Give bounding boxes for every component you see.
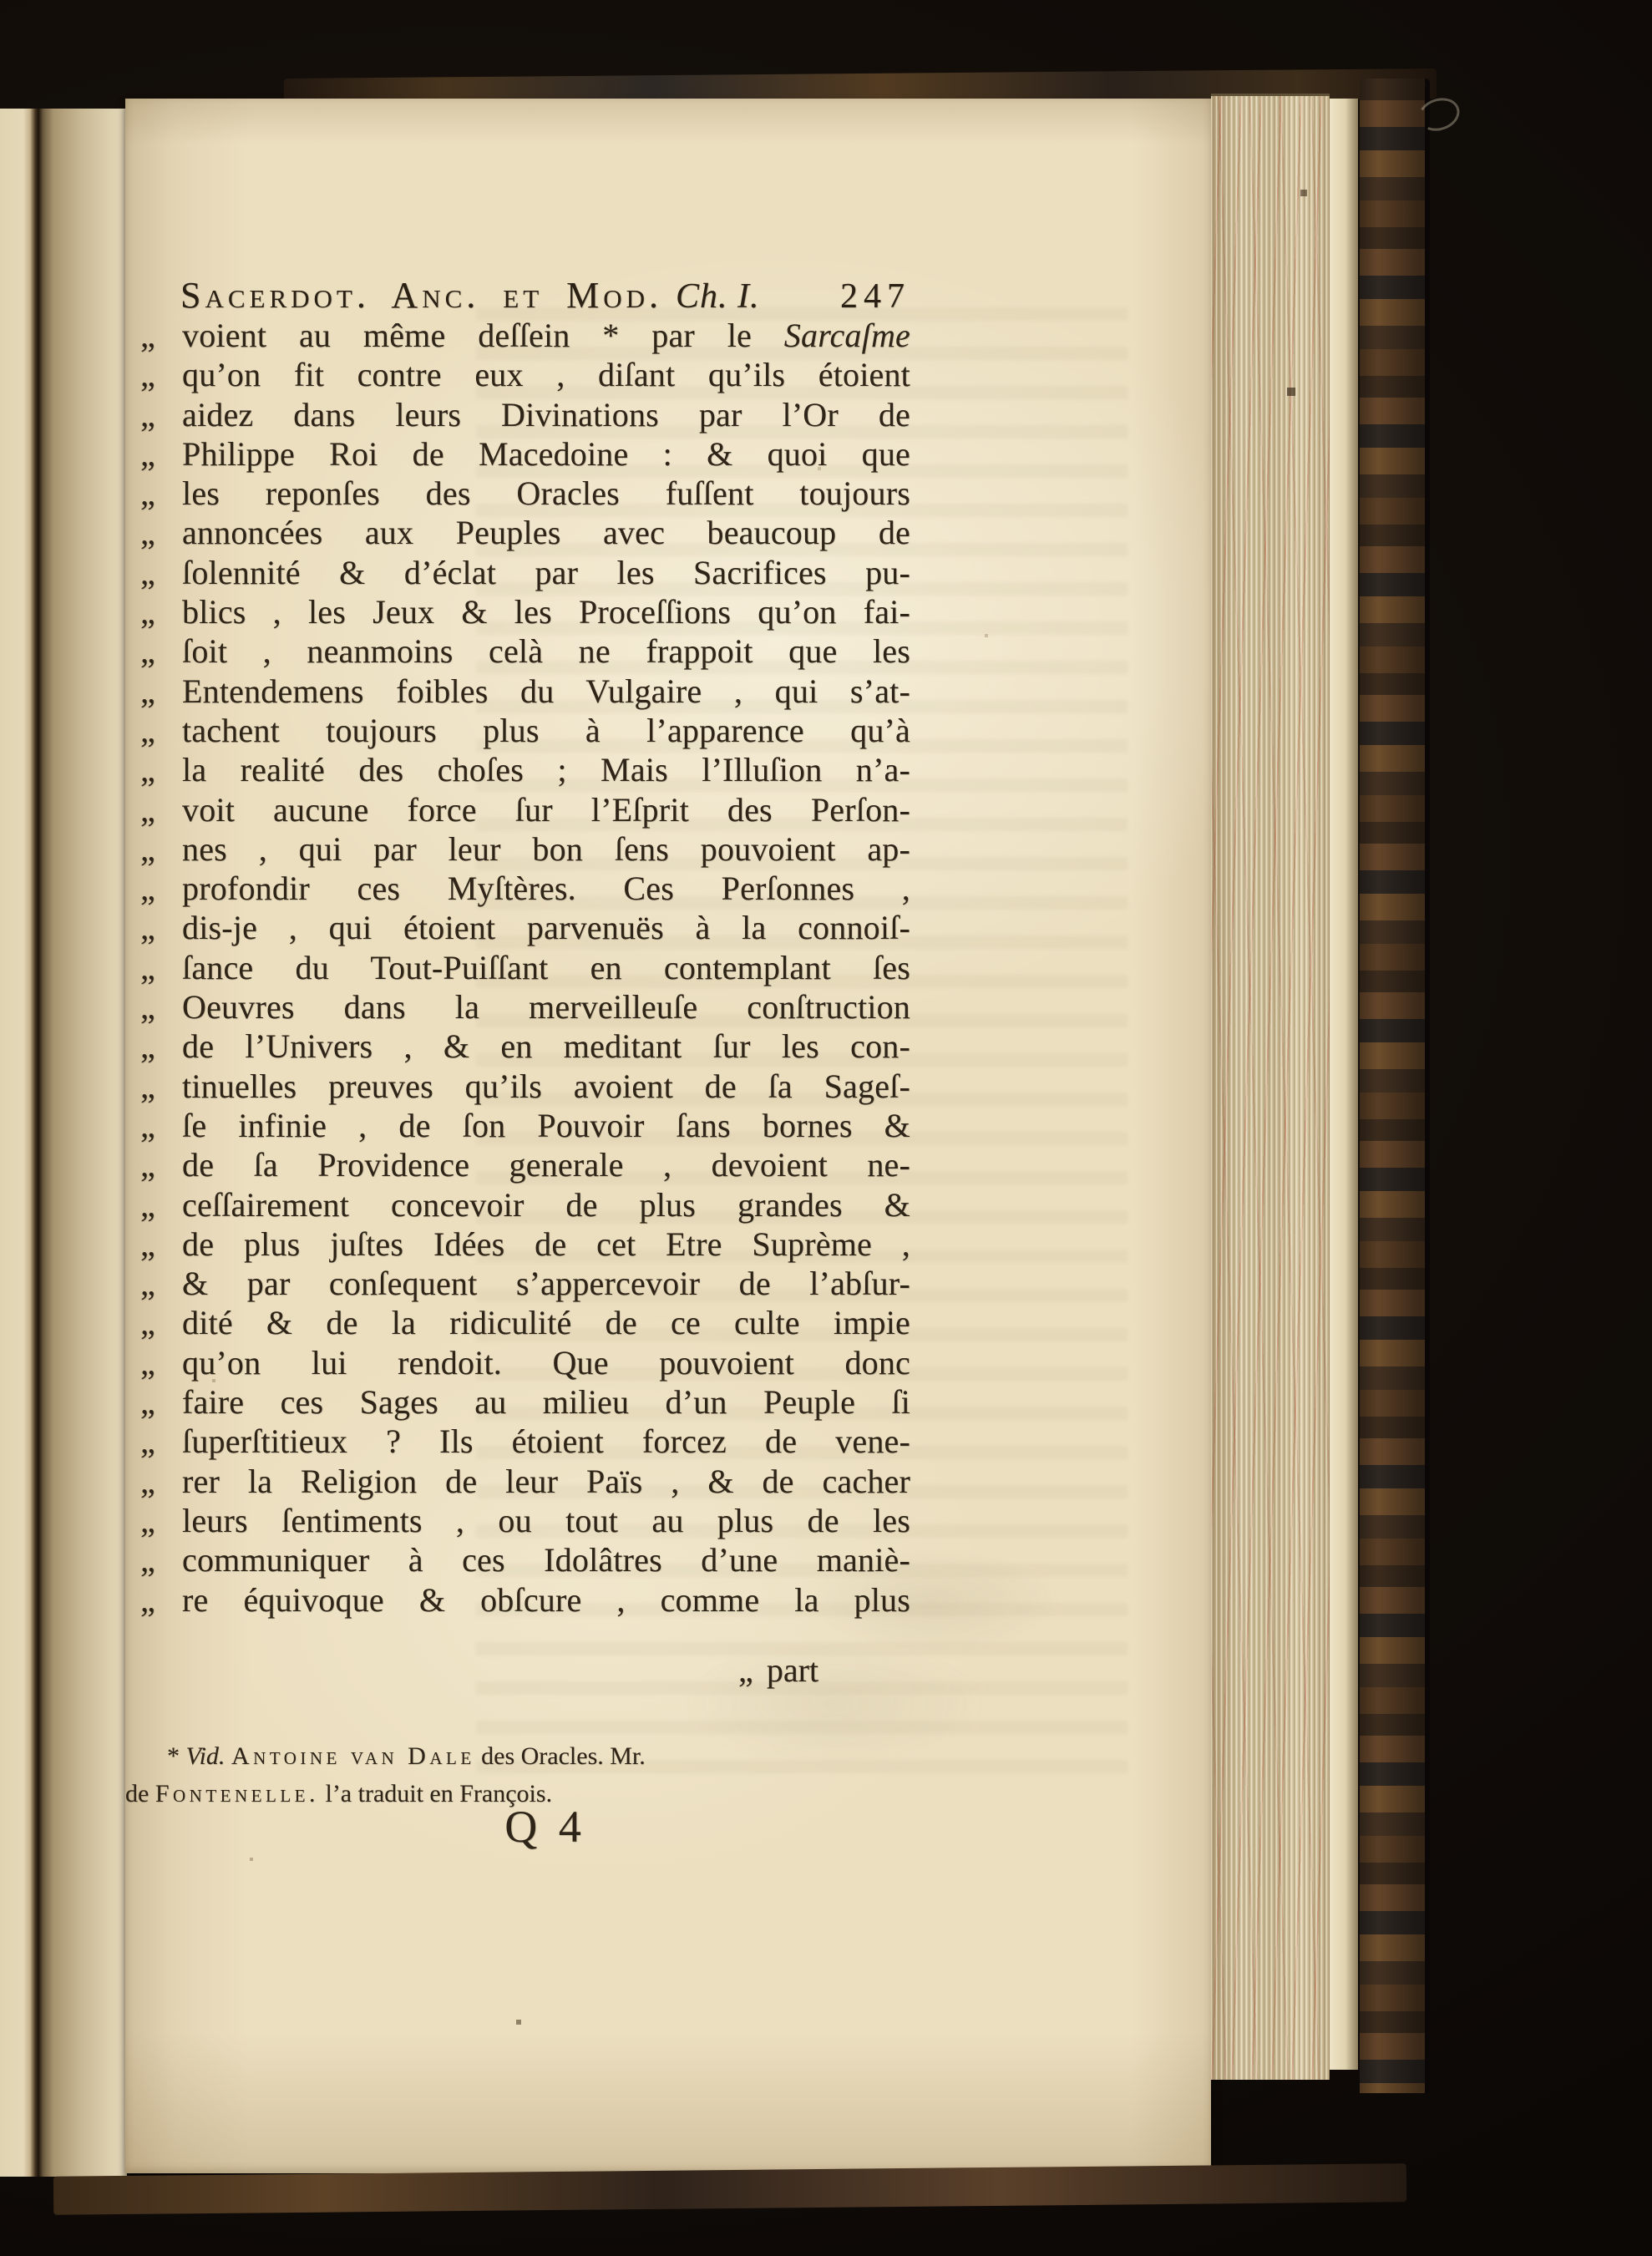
header-title: Sacerdot. Anc. et Mod. bbox=[180, 274, 662, 317]
quote-mark: „ bbox=[139, 1027, 182, 1066]
line-text: Oeuvres dans la merveilleuſe conſtructio… bbox=[182, 987, 910, 1027]
text-line: „Oeuvres dans la merveilleuſe conſtructi… bbox=[139, 987, 910, 1027]
quote-mark: „ bbox=[139, 513, 182, 552]
quote-mark: „ bbox=[139, 395, 182, 434]
book-page: Sacerdot. Anc. et Mod. Ch. I. 247 „voien… bbox=[125, 99, 1211, 2173]
quote-mark: „ bbox=[139, 1580, 182, 1620]
quote-mark: „ bbox=[139, 672, 182, 711]
catchword-quote-mark: „ bbox=[738, 1651, 753, 1689]
text-line: „leurs ſentiments , ou tout au plus de l… bbox=[139, 1501, 910, 1540]
page-number: 247 bbox=[840, 276, 910, 317]
text-line: „dité & de la ridiculité de ce culte imp… bbox=[139, 1303, 910, 1342]
line-text: qu’on fit contre eux , diſant qu’ils éto… bbox=[182, 355, 910, 394]
text-line: „ceſſairement concevoir de plus grandes … bbox=[139, 1185, 910, 1224]
text-line: „faire ces Sages au milieu d’un Peuple ſ… bbox=[139, 1382, 910, 1422]
quote-mark: „ bbox=[139, 1343, 182, 1382]
running-header: Sacerdot. Anc. et Mod. Ch. I. 247 bbox=[180, 274, 910, 316]
quote-mark: „ bbox=[139, 1145, 182, 1184]
quote-mark: „ bbox=[139, 1106, 182, 1145]
text-line: „ſuperſtitieux ? Ils étoient forcez de v… bbox=[139, 1422, 910, 1461]
text-line: „Philippe Roi de Macedoine : & quoi que bbox=[139, 434, 910, 474]
quote-mark: „ bbox=[139, 1501, 182, 1540]
text-line: „communiquer à ces Idolâtres d’une maniè… bbox=[139, 1540, 910, 1579]
line-text: qu’on lui rendoit. Que pouvoient donc bbox=[182, 1343, 910, 1382]
line-text: voient au même deſſein * par le Sarcaſme bbox=[182, 316, 910, 355]
line-text: re équivoque & obſcure , comme la plus bbox=[182, 1580, 910, 1620]
line-text: ſoit , neanmoins celà ne frappoit que le… bbox=[182, 631, 910, 671]
catchword-word: part bbox=[767, 1651, 818, 1689]
text-line: „de plus juſtes Idées de cet Etre Suprèm… bbox=[139, 1224, 910, 1264]
line-text: nes , qui par leur bon ſens pouvoient ap… bbox=[182, 829, 910, 869]
italic-text: Vid. bbox=[186, 1742, 226, 1770]
text-line: „voit aucune force ſur l’Eſprit des Perſ… bbox=[139, 790, 910, 829]
text-line: „tachent toujours plus à l’apparence qu’… bbox=[139, 711, 910, 750]
quote-mark: „ bbox=[139, 1303, 182, 1342]
line-text: ceſſairement concevoir de plus grandes & bbox=[182, 1185, 910, 1224]
quote-mark: „ bbox=[139, 1540, 182, 1579]
quote-mark: „ bbox=[139, 316, 182, 355]
line-text: dité & de la ridiculité de ce culte impi… bbox=[182, 1303, 910, 1342]
quote-mark: „ bbox=[139, 1224, 182, 1264]
line-text: rer la Religion de leur Païs , & de cach… bbox=[182, 1462, 910, 1501]
foxing-specks bbox=[0, 0, 2, 2]
quote-mark: „ bbox=[139, 592, 182, 631]
text-line: „qu’on fit contre eux , diſant qu’ils ét… bbox=[139, 355, 910, 394]
book-cover-edge bbox=[1360, 79, 1430, 2093]
line-text: les reponſes des Oracles fuſſent toujour… bbox=[182, 474, 910, 513]
quote-mark: „ bbox=[139, 1462, 182, 1501]
quote-mark: „ bbox=[139, 631, 182, 671]
quote-mark: „ bbox=[139, 869, 182, 908]
text-line: „de ſa Providence generale , devoient ne… bbox=[139, 1145, 910, 1184]
text-line: „ſe infinie , de ſon Pouvoir ſans bornes… bbox=[139, 1106, 910, 1145]
line-text: voit aucune force ſur l’Eſprit des Perſo… bbox=[182, 790, 910, 829]
text-line: „la realité des choſes ; Mais l’Illuſion… bbox=[139, 750, 910, 789]
text-line: „re équivoque & obſcure , comme la plus bbox=[139, 1580, 910, 1620]
line-text: & par conſequent s’appercevoir de l’abſu… bbox=[182, 1264, 910, 1303]
page-gutter-sliver bbox=[0, 109, 127, 2177]
line-text: blics , les Jeux & les Proceſſions qu’on… bbox=[182, 592, 910, 631]
line-text: ſe infinie , de ſon Pouvoir ſans bornes … bbox=[182, 1106, 910, 1145]
line-text: dis-je , qui étoient parvenuës à la conn… bbox=[182, 908, 910, 947]
text-line: „les reponſes des Oracles fuſſent toujou… bbox=[139, 474, 910, 513]
header-chapter: Ch. I. bbox=[676, 276, 760, 317]
quote-mark: „ bbox=[139, 474, 182, 513]
gathering-signature: Q 4 bbox=[180, 1801, 910, 1853]
line-text: ſuperſtitieux ? Ils étoient forcez de ve… bbox=[182, 1422, 910, 1461]
line-text: Entendemens foibles du Vulgaire , qui s’… bbox=[182, 672, 910, 711]
text-line: „voient au même deſſein * par le Sarcaſm… bbox=[139, 316, 910, 355]
line-text: profondir ces Myſtères. Ces Perſonnes , bbox=[182, 869, 910, 908]
book-photo: Sacerdot. Anc. et Mod. Ch. I. 247 „voien… bbox=[0, 0, 1652, 2256]
text-line: „tinuelles preuves qu’ils avoient de ſa … bbox=[139, 1067, 910, 1106]
line-text: tachent toujours plus à l’apparence qu’à bbox=[182, 711, 910, 750]
quote-mark: „ bbox=[139, 355, 182, 394]
quote-mark: „ bbox=[139, 711, 182, 750]
text-line: „de l’Univers , & en meditant ſur les co… bbox=[139, 1027, 910, 1066]
line-text: ſolennité & d’éclat par les Sacrifices p… bbox=[182, 553, 910, 592]
catchword: „ part bbox=[180, 1650, 818, 1690]
text-line: „ſolennité & d’éclat par les Sacrifices … bbox=[139, 553, 910, 592]
text-line: „ſoit , neanmoins celà ne frappoit que l… bbox=[139, 631, 910, 671]
quote-mark: „ bbox=[139, 987, 182, 1027]
line-text: aidez dans leurs Divinations par l’Or de bbox=[182, 395, 910, 434]
line-text: faire ces Sages au milieu d’un Peuple ſi bbox=[182, 1382, 910, 1422]
line-text: de plus juſtes Idées de cet Etre Suprème… bbox=[182, 1224, 910, 1264]
quote-mark: „ bbox=[139, 790, 182, 829]
quote-mark: „ bbox=[139, 434, 182, 474]
line-text: communiquer à ces Idolâtres d’une maniè- bbox=[182, 1540, 910, 1579]
text-line: „& par conſequent s’appercevoir de l’abſ… bbox=[139, 1264, 910, 1303]
quote-mark: „ bbox=[139, 829, 182, 869]
quote-mark: „ bbox=[139, 553, 182, 592]
line-text: annoncées aux Peuples avec beaucoup de bbox=[182, 513, 910, 552]
line-text: Philippe Roi de Macedoine : & quoi que bbox=[182, 434, 910, 474]
text-line: „aidez dans leurs Divinations par l’Or d… bbox=[139, 395, 910, 434]
text-line: „blics , les Jeux & les Proceſſions qu’o… bbox=[139, 592, 910, 631]
line-text: ſance du Tout-Puiſſant en contemplant ſe… bbox=[182, 948, 910, 987]
line-text: tinuelles preuves qu’ils avoient de ſa S… bbox=[182, 1067, 910, 1106]
quote-mark: „ bbox=[139, 1382, 182, 1422]
rear-page-sliver bbox=[1330, 99, 1358, 2070]
small-caps-text: Antoine van Dale bbox=[231, 1742, 475, 1770]
italic-text: Sarcaſme bbox=[784, 317, 910, 354]
line-text: de ſa Providence generale , devoient ne- bbox=[182, 1145, 910, 1184]
quote-mark: „ bbox=[139, 948, 182, 987]
quote-mark: „ bbox=[139, 1185, 182, 1224]
fore-edge-pages bbox=[1211, 94, 1330, 2080]
text-line: „profondir ces Myſtères. Ces Perſonnes , bbox=[139, 869, 910, 908]
quote-mark: „ bbox=[139, 750, 182, 789]
footnote-line: * Vid. Antoine van Dale des Oracles. Mr. bbox=[125, 1737, 927, 1775]
text-line: „Entendemens foibles du Vulgaire , qui s… bbox=[139, 672, 910, 711]
text-line: „rer la Religion de leur Païs , & de cac… bbox=[139, 1462, 910, 1501]
text-line: „dis-je , qui étoient parvenuës à la con… bbox=[139, 908, 910, 947]
text-line: „annoncées aux Peuples avec beaucoup de bbox=[139, 513, 910, 552]
text-line: „nes , qui par leur bon ſens pouvoient a… bbox=[139, 829, 910, 869]
quote-mark: „ bbox=[139, 1264, 182, 1303]
text-line: „qu’on lui rendoit. Que pouvoient donc bbox=[139, 1343, 910, 1382]
line-text: leurs ſentiments , ou tout au plus de le… bbox=[182, 1501, 910, 1540]
text-line: „ſance du Tout-Puiſſant en contemplant ſ… bbox=[139, 948, 910, 987]
quote-mark: „ bbox=[139, 1067, 182, 1106]
quote-mark: „ bbox=[139, 1422, 182, 1461]
line-text: la realité des choſes ; Mais l’Illuſion … bbox=[182, 750, 910, 789]
line-text: de l’Univers , & en meditant ſur les con… bbox=[182, 1027, 910, 1066]
body-text: „voient au même deſſein * par le Sarcaſm… bbox=[139, 316, 910, 1620]
quote-mark: „ bbox=[139, 908, 182, 947]
